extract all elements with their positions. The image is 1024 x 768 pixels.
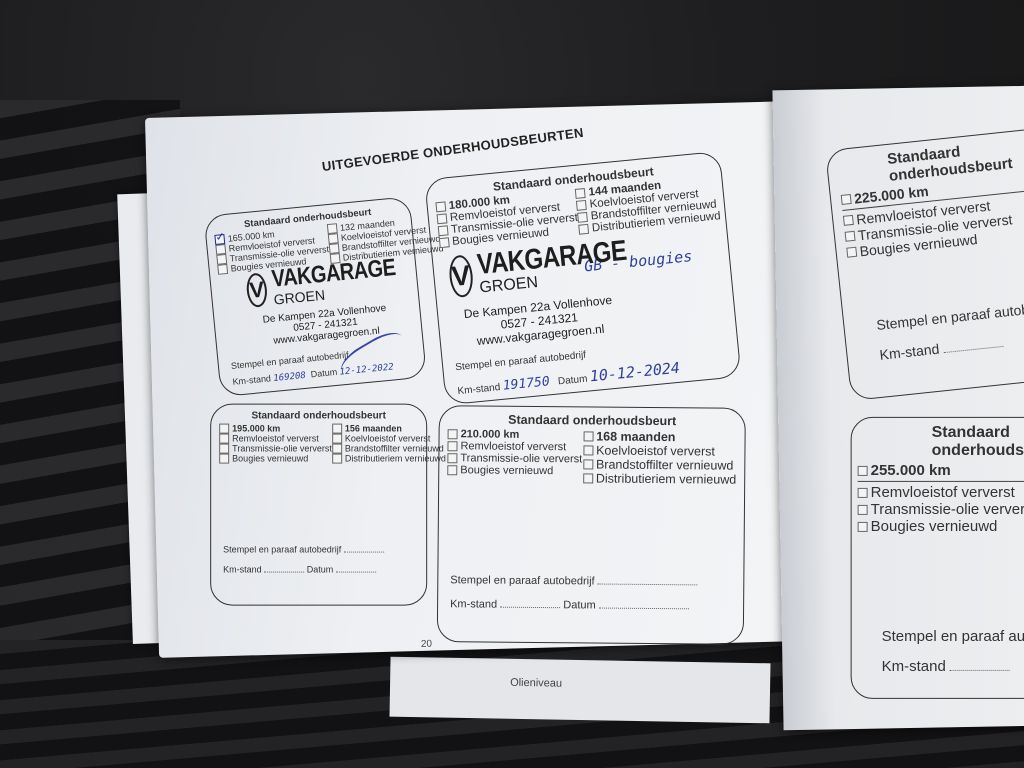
- vakgarage-logo-icon: V: [245, 272, 268, 308]
- checkbox-brandstoffilter[interactable]: [577, 212, 588, 223]
- service-box-180000: Standaard onderhoudsbeurt 180.000 km Rem…: [424, 151, 741, 405]
- checkbox-remvloeistof[interactable]: [447, 441, 457, 451]
- checkbox-km[interactable]: [858, 465, 868, 475]
- booklet-page-left: UITGEVOERDE ONDERHOUDSBEURTEN Standaard …: [145, 101, 799, 658]
- page-number: 20: [421, 639, 432, 650]
- kmstand-value: 169208: [273, 371, 306, 384]
- checkbox-transmissie[interactable]: [219, 444, 229, 454]
- checkbox-km[interactable]: [219, 424, 229, 434]
- checkbox-bougies[interactable]: [219, 454, 229, 464]
- checkbox-bougies[interactable]: [447, 465, 457, 475]
- checkbox-brandstoffilter[interactable]: [332, 444, 342, 454]
- signature-line[interactable]: Stempel en paraaf autobedrijf: [450, 574, 731, 588]
- signature-line[interactable]: Stempel en paraaf autobedrijf: [876, 297, 1024, 333]
- kmstand-value: 191750: [502, 374, 550, 393]
- signature-line[interactable]: Stempel en paraaf autobedrijf: [882, 628, 1024, 645]
- checkbox-distributieriem[interactable]: [583, 473, 593, 483]
- checkbox-distributieriem[interactable]: [332, 454, 342, 464]
- checkbox-distributieriem[interactable]: [579, 224, 590, 235]
- datum-value: 10-12-2024: [589, 359, 681, 386]
- checkbox-transmissie[interactable]: [845, 231, 856, 242]
- checkbox-bougies[interactable]: [846, 247, 857, 258]
- checkbox-koelvloeistof[interactable]: [583, 445, 593, 455]
- checkbox-transmissie[interactable]: [447, 453, 457, 463]
- checkbox-transmissie[interactable]: [438, 225, 449, 236]
- checkbox-koelvloeistof[interactable]: [576, 200, 587, 211]
- checkbox-bougies[interactable]: [439, 237, 450, 248]
- service-box-225000: Standaard onderhoudsbeurt 225.000 km Rem…: [825, 125, 1024, 401]
- kmstand-line[interactable]: Km-stand: [879, 326, 1024, 362]
- checkbox-remvloeistof[interactable]: [219, 434, 229, 444]
- booklet-page-right: Standaard onderhoudsbeurt 225.000 km Rem…: [772, 86, 1024, 730]
- bottom-slip: Olieniveau: [390, 657, 771, 724]
- checkbox-transmissie[interactable]: [858, 504, 868, 514]
- checkbox-months[interactable]: [332, 424, 342, 434]
- checkbox-remvloeistof[interactable]: [437, 213, 448, 224]
- checkbox-km[interactable]: [435, 201, 446, 212]
- service-box-210000: Standaard onderhoudsbeurt 210.000 km Rem…: [437, 405, 746, 645]
- kmstand-line[interactable]: Km-stand Datum: [223, 565, 414, 575]
- checkbox-remvloeistof[interactable]: [843, 215, 854, 226]
- checkbox-koelvloeistof[interactable]: [332, 434, 342, 444]
- checkbox-months[interactable]: [575, 188, 586, 199]
- service-box-165000: Standaard onderhoudsbeurt 165.000 km Rem…: [203, 196, 426, 397]
- signature-line[interactable]: Stempel en paraaf autobedrijf: [223, 545, 414, 555]
- service-box-255000: Standaard onderhoudsbeurt 255.000 km Rem…: [851, 417, 1024, 699]
- garage-stamp: V VAKGARAGEGROEN De Kampen 22a Vollenhov…: [447, 238, 625, 350]
- kmstand-line[interactable]: Km-stand Datum: [450, 598, 731, 612]
- checkbox-bougies[interactable]: [217, 264, 228, 275]
- checkbox-months[interactable]: [583, 431, 593, 441]
- checkbox-km[interactable]: [214, 234, 225, 245]
- slip-text: Olieniveau: [510, 677, 562, 690]
- checkbox-km[interactable]: [841, 194, 852, 205]
- garage-stamp: V VAKGARAGEGROEN De Kampen 22a Vollenhov…: [245, 257, 402, 349]
- checkbox-km[interactable]: [448, 429, 458, 439]
- service-box-195000: Standaard onderhoudsbeurt 195.000 km Rem…: [210, 404, 427, 606]
- checkbox-remvloeistof[interactable]: [858, 487, 868, 497]
- vakgarage-logo-icon: V: [448, 254, 475, 298]
- checkbox-brandstoffilter[interactable]: [583, 459, 593, 469]
- checkbox-bougies[interactable]: [858, 521, 868, 531]
- kmstand-line[interactable]: Km-stand: [882, 658, 1024, 675]
